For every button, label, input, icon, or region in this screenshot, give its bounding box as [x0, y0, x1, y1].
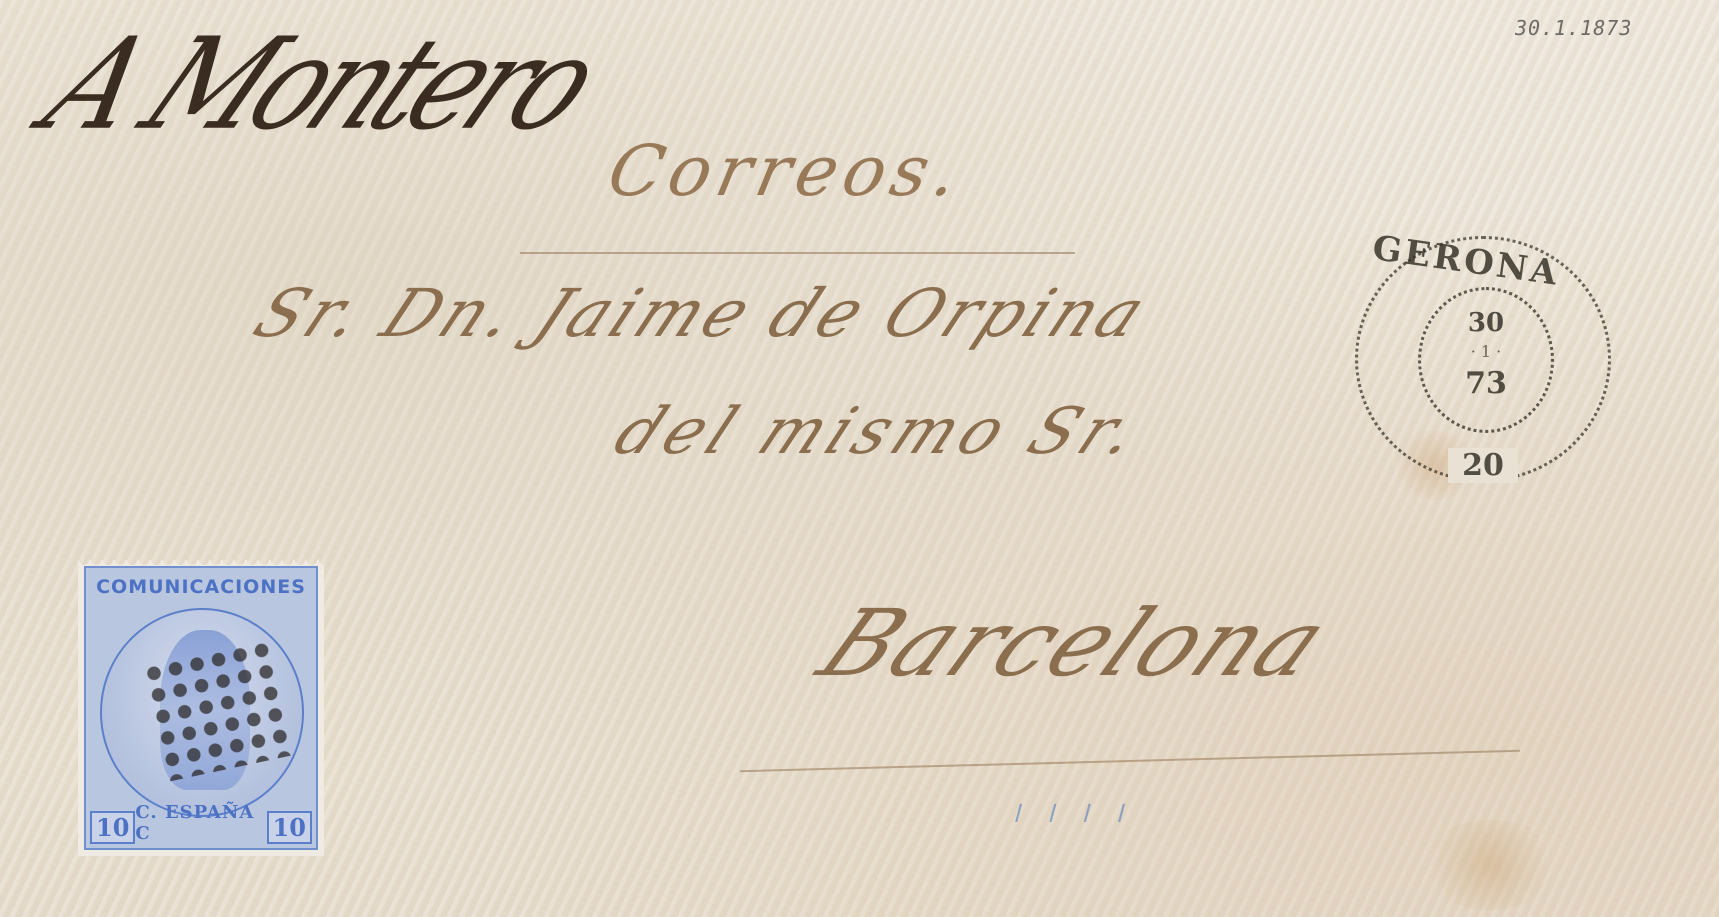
- underline: [520, 252, 1075, 254]
- postmark-month: · 1 ·: [1421, 342, 1551, 361]
- cancellation-dots: [141, 638, 293, 782]
- stamp-bottom: 10 C. ESPAÑA C 10: [86, 802, 316, 844]
- stamp-value-left: 10: [90, 811, 135, 844]
- manuscript-service-note: Correos.: [601, 130, 971, 212]
- postmark-code: 20: [1448, 448, 1518, 483]
- manuscript-addressee: Sr. Dn. Jaime de Orpina: [242, 275, 1161, 352]
- foxing-stain: [1420, 820, 1560, 910]
- postmark-year: 73: [1421, 366, 1551, 401]
- archive-date-annotation: 30.1.1873: [1515, 16, 1632, 40]
- manuscript-city: Barcelona: [802, 590, 1348, 697]
- manuscript-street: del mismo Sr.: [603, 395, 1156, 469]
- pencil-note: l l l l: [1011, 800, 1138, 828]
- envelope: 30.1.1873 A Montero Correos. Sr. Dn. Jai…: [0, 0, 1719, 917]
- postmark-town: GERONA: [1370, 228, 1562, 294]
- postmark-day: 30: [1421, 308, 1551, 338]
- stamp-value-right: 10: [267, 811, 312, 844]
- postmark: GERONA 30 · 1 · 73 20: [1355, 236, 1611, 482]
- stamp-country: C. ESPAÑA C: [135, 802, 266, 844]
- postage-stamp: COMUNICACIONES 10 C. ESPAÑA C 10: [78, 560, 324, 856]
- postmark-inner-circle: 30 · 1 · 73: [1418, 287, 1554, 433]
- manuscript-greeting: A Montero: [21, 10, 619, 157]
- underline: [740, 750, 1520, 772]
- stamp-top-text: COMUNICACIONES: [92, 576, 310, 598]
- stamp-face: COMUNICACIONES 10 C. ESPAÑA C 10: [84, 566, 318, 850]
- stamp-oval-frame: [100, 608, 304, 817]
